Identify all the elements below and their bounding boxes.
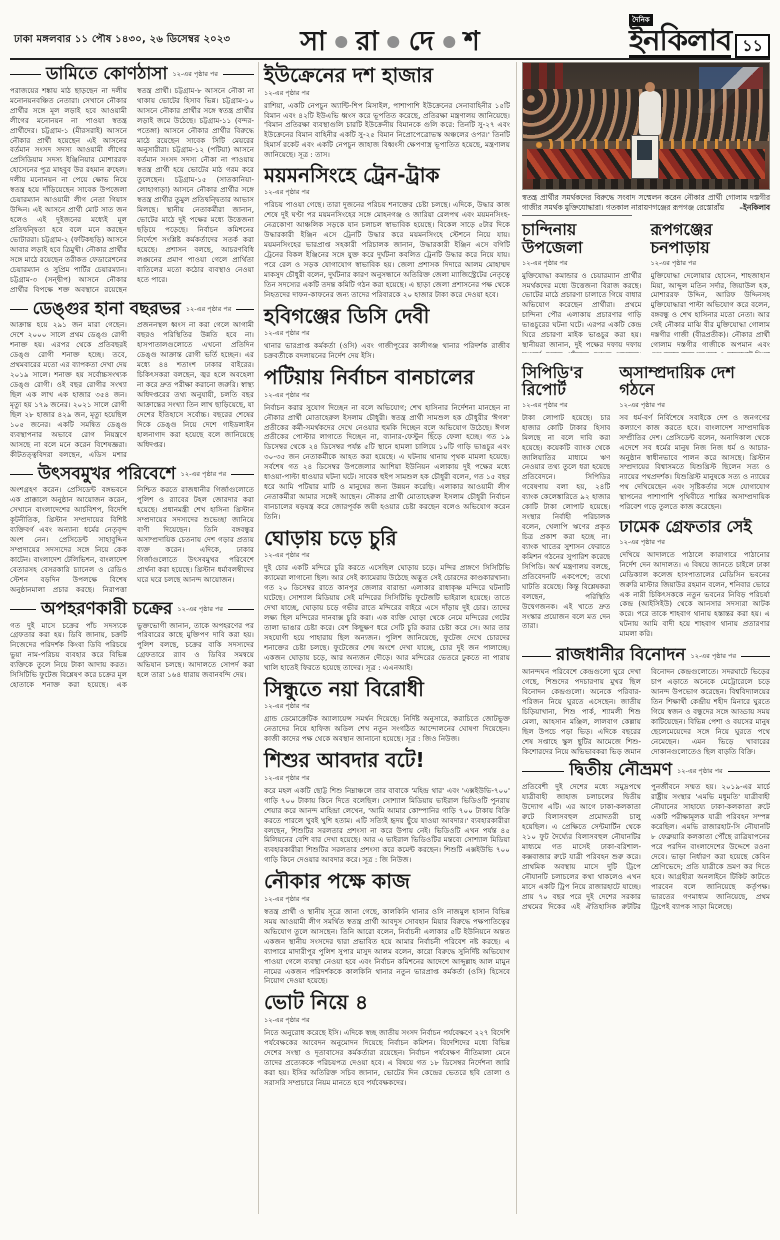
headline-rule bbox=[223, 74, 254, 75]
right-article-stack: অসাম্প্রদায়িক দেশ গঠনে ১২-এর পৃষ্ঠার পর… bbox=[619, 362, 770, 646]
article-headline: ঘোড়ায় চড়ে চুরি bbox=[264, 528, 510, 550]
logo-name: ইনকিলাব bbox=[629, 27, 731, 58]
photo-caption: স্বতন্ত্র প্রার্থীর সমর্থকদের বিরুদ্ধে স… bbox=[522, 193, 770, 213]
article-body: গ্রান্ড ডেমোক্রেটিক অ্যালায়েন্স সমর্থন … bbox=[264, 714, 510, 744]
continuation-note: ১২-এর পৃষ্ঠার পর bbox=[264, 701, 510, 712]
logo-block: দৈনিক ইনকিলাব bbox=[629, 14, 731, 58]
article: দ্বিতীয় নৌভ্রমণ ১২-এর পৃষ্ঠার পর প্রতিব… bbox=[522, 762, 770, 911]
article: সিন্ধুতে নয়া বিরোধী ১২-এর পৃষ্ঠার পর গ্… bbox=[264, 679, 510, 744]
article-body: প্রতিবেশী দুই দেশের মধ্যে সমুদ্রপথে যাত্… bbox=[522, 782, 770, 911]
article-headline-row: অপহরণকারী চক্রের ১২-এর পৃষ্ঠার পর bbox=[10, 601, 254, 619]
article-headline-row: ডামিতে কোণঠাসা ১২-এর পৃষ্ঠার পর bbox=[10, 66, 254, 84]
section-letter: শ bbox=[464, 28, 480, 55]
photo-speaker bbox=[639, 91, 661, 135]
headline-rule bbox=[741, 656, 770, 657]
article-headline: রূপগঞ্জের চনপাড়ায় bbox=[651, 221, 771, 256]
article-headline: পটিয়ায় নির্বাচন বানচালের bbox=[264, 367, 510, 389]
article-headline: ডামিতে কোণঠাসা bbox=[46, 66, 167, 84]
article: ডেঙ্গুর হানা বছরভর ১২-এর পৃষ্ঠার পর আক্র… bbox=[10, 301, 254, 460]
article-body: দুই চোর একটি মন্দিরে চুরি করতে এসেছিল ঘো… bbox=[264, 563, 510, 672]
article: নৌকার পক্ষে কাজ ১২-এর পৃষ্ঠার পর স্বতন্ত… bbox=[264, 871, 510, 986]
news-photo bbox=[522, 62, 770, 190]
right-column: স্বতন্ত্র প্রার্থীর সমর্থকদের বিরুদ্ধে স… bbox=[522, 62, 770, 918]
continuation-note: ১২-এর পৃষ্ঠার পর bbox=[186, 304, 232, 315]
headline-rule bbox=[728, 771, 770, 772]
continuation-note: ১২-এর পৃষ্ঠার পর bbox=[181, 469, 227, 480]
article: ঢামেক গ্রেফতার সেই ১২-এর পৃষ্ঠার পর দেখি… bbox=[619, 518, 770, 639]
section-letter: সা bbox=[300, 28, 326, 55]
continuation-note: ১২-এর পৃষ্ঠার পর bbox=[522, 400, 610, 411]
article-body: পরাজয়ের শঙ্কায় মাঠ ছাড়ছেন না দলীয় মন… bbox=[10, 86, 254, 295]
photo-poster bbox=[631, 135, 659, 179]
continuation-note: ১২-এর পৃষ্ঠার পর bbox=[619, 537, 770, 548]
article-headline: নৌকার পক্ষে কাজ bbox=[264, 871, 510, 893]
continuation-note: ১২-এর পৃষ্ঠার পর bbox=[264, 773, 510, 784]
continuation-note: ১২-এর পৃষ্ঠার পর bbox=[264, 390, 510, 401]
headline-rule bbox=[10, 309, 28, 310]
right-row-articles: চান্দিনায় উপজেলা ১২-এর পৃষ্ঠার পর মুক্ত… bbox=[522, 219, 770, 358]
article: ঘোড়ায় চড়ে চুরি ১২-এর পৃষ্ঠার পর দুই চ… bbox=[264, 528, 510, 673]
article-headline: ভোট নিয়ে ৪ bbox=[264, 992, 510, 1014]
article-body: স্বতন্ত্র প্রার্থী ও স্থানীয় সূত্রে জান… bbox=[264, 907, 510, 987]
article: রাজধানীর বিনোদন ১২-এর পৃষ্ঠার পর আনন্দঘন… bbox=[522, 647, 770, 756]
article: ময়মনসিংহে ট্রেন-ট্রাক ১২-এর পৃষ্ঠার পর … bbox=[264, 165, 510, 300]
article-headline: দ্বিতীয় নৌভ্রমণ bbox=[569, 762, 672, 780]
continuation-note: ১২-এর পৃষ্ঠার পর bbox=[264, 187, 510, 198]
article: সিপিডি'র রিপোর্ট ১২-এর পৃষ্ঠার পর টাকা ল… bbox=[522, 362, 610, 646]
article-headline: শিশুর আবদার বটে! bbox=[264, 750, 510, 772]
article-headline-row: রাজধানীর বিনোদন ১২-এর পৃষ্ঠার পর bbox=[522, 647, 770, 665]
article: ডামিতে কোণঠাসা ১২-এর পৃষ্ঠার পর পরাজয়ের… bbox=[10, 66, 254, 295]
headline-rule bbox=[10, 609, 36, 610]
article-headline: চান্দিনায় উপজেলা bbox=[522, 221, 642, 256]
right-mixed-row: সিপিডি'র রিপোর্ট ১২-এর পৃষ্ঠার পর টাকা ল… bbox=[522, 362, 770, 646]
article-headline: ডেঙ্গুর হানা বছরভর bbox=[33, 301, 181, 319]
dateline: ঢাকা মঙ্গলবার ১১ পৌষ ১৪৩০, ২৬ ডিসেম্বর ২… bbox=[14, 32, 230, 49]
article-headline: ইউক্রেনের দশ হাজার bbox=[264, 65, 510, 87]
column-divider bbox=[258, 62, 259, 1214]
article-headline: রাজধানীর বিনোদন bbox=[556, 647, 686, 665]
article: উৎসবমুখর পরিবেশে ১২-এর পৃষ্ঠার পর অংশগ্র… bbox=[10, 466, 254, 595]
continuation-note: ১২-এর পৃষ্ঠার পর bbox=[264, 328, 510, 339]
article-body: আক্রান্ত হয়ে ২৯১ জন মারা গেছেন। দেশে ২০… bbox=[10, 320, 254, 459]
column-divider bbox=[516, 62, 517, 1214]
article-body: করে মহল একটি ছোট্ট শিশু নিম্নাঞ্চলে তার … bbox=[264, 786, 510, 866]
photo-table-legs bbox=[533, 179, 759, 189]
headline-rule bbox=[231, 474, 254, 475]
continuation-note: ১২-এর পৃষ্ঠার পর bbox=[651, 258, 771, 269]
photo-poster-portrait bbox=[637, 140, 652, 160]
article-headline: সিপিডি'র রিপোর্ট bbox=[522, 364, 610, 399]
article-body: থানার ভারপ্রাপ্ত কর্মকর্তা (ওসি) এবং গাজ… bbox=[264, 341, 510, 361]
article: ভোট নিয়ে ৪ ১২-এর পৃষ্ঠার পর নিতে অনুরোধ… bbox=[264, 992, 510, 1087]
newspaper-page: ঢাকা মঙ্গলবার ১১ পৌষ ১৪৩০, ২৬ ডিসেম্বর ২… bbox=[0, 0, 780, 1240]
photo-credit: –ইনকিলাব bbox=[735, 203, 770, 213]
continuation-note: ১২-এর পৃষ্ঠার পর bbox=[522, 258, 642, 269]
left-column: ডামিতে কোণঠাসা ১২-এর পৃষ্ঠার পর পরাজয়ের… bbox=[10, 64, 254, 696]
continuation-note: ১২-এর পৃষ্ঠার পর bbox=[619, 400, 770, 411]
article: অপহরণকারী চক্রের ১২-এর পৃষ্ঠার পর গত দুই… bbox=[10, 601, 254, 690]
headline-rule bbox=[10, 74, 41, 75]
article-headline: অসাম্প্রদায়িক দেশ গঠনে bbox=[619, 364, 770, 399]
newspaper-logo: দৈনিক ইনকিলাব ১১ bbox=[629, 14, 770, 58]
continuation-note: ১২-এর পৃষ্ঠার পর bbox=[264, 88, 510, 99]
article-headline: অপহরণকারী চক্রের bbox=[41, 601, 172, 619]
continuation-note: ১২-এর পৃষ্ঠার পর bbox=[264, 1015, 510, 1026]
article-headline-row: ডেঙ্গুর হানা বছরভর ১২-এর পৃষ্ঠার পর bbox=[10, 301, 254, 319]
article-headline: উৎসবমুখর পরিবেশে bbox=[38, 466, 176, 484]
continuation-note: ১২-এর পৃষ্ঠার পর bbox=[691, 651, 737, 662]
headline-rule bbox=[10, 474, 33, 475]
section-letter: রা bbox=[356, 28, 379, 55]
article-body: পরিচয় পাওয়া গেছে। তারা দুজনের পরিচয় শ… bbox=[264, 200, 510, 299]
article: চান্দিনায় উপজেলা ১২-এর পৃষ্ঠার পর মুক্ত… bbox=[522, 219, 642, 358]
page-number: ১১ bbox=[735, 34, 770, 58]
headline-rule bbox=[236, 309, 254, 310]
headline-rule bbox=[228, 609, 254, 610]
section-title: সা রা দে শ bbox=[300, 28, 479, 55]
article-body: মুক্তিযোদ্ধা কমান্ডার ও চেয়ারম্যান প্রা… bbox=[522, 271, 642, 353]
article-body: নির্বাচন করার সুযোগ দিচ্ছেন না বলে অভিযো… bbox=[264, 403, 510, 522]
article: শিশুর আবদার বটে! ১২-এর পৃষ্ঠার পর করে মহ… bbox=[264, 750, 510, 865]
middle-column: ইউক্রেনের দশ হাজার ১২-এর পৃষ্ঠার পর রাশি… bbox=[264, 62, 510, 1094]
article: রূপগঞ্জের চনপাড়ায় ১২-এর পৃষ্ঠার পর মুক… bbox=[651, 219, 771, 358]
continuation-note: ১২-এর পৃষ্ঠার পর bbox=[264, 550, 510, 561]
article: পটিয়ায় নির্বাচন বানচালের ১২-এর পৃষ্ঠার… bbox=[264, 367, 510, 522]
article-body: দেখিয়ে আদালতে পাঠালে কারাগারে পাঠানোর ন… bbox=[619, 550, 770, 639]
continuation-note: ১২-এর পৃষ্ঠার পর bbox=[264, 894, 510, 905]
section-dot-icon bbox=[443, 36, 455, 48]
article: ইউক্রেনের দশ হাজার ১২-এর পৃষ্ঠার পর রাশি… bbox=[264, 65, 510, 159]
caption-rule bbox=[522, 215, 632, 216]
article-headline: ঢামেক গ্রেফতার সেই bbox=[619, 518, 770, 536]
article-body: গত দুই মাসে চক্রের পাঁচ সদস্যকে গ্রেফতার… bbox=[10, 621, 254, 691]
article: অসাম্প্রদায়িক দেশ গঠনে ১২-এর পৃষ্ঠার পর… bbox=[619, 364, 770, 513]
article-body: টাকা লোপাট হয়েছে। চার হাজার কোটি টাকার … bbox=[522, 413, 610, 632]
article-body: সব ধর্ম-বর্ণ নির্বিশেষে সবাইকে দেশ ও জনগ… bbox=[619, 413, 770, 512]
article-body: আনন্দঘন পরিবেশে কেন্দ্রগুলো ঘুরে দেখা গে… bbox=[522, 667, 770, 756]
continuation-note: ১২-এর পৃষ্ঠার পর bbox=[177, 604, 223, 615]
continuation-note: ১২-এর পৃষ্ঠার পর bbox=[677, 766, 723, 777]
caption-text: স্বতন্ত্র প্রার্থীর সমর্থকদের বিরুদ্ধে স… bbox=[522, 193, 770, 212]
article-body: নিতে অনুরোধ করেছে ইসি। এদিকে স্বচ্ছ জাতী… bbox=[264, 1028, 510, 1088]
page-header: ঢাকা মঙ্গলবার ১১ পৌষ ১৪৩০, ২৬ ডিসেম্বর ২… bbox=[10, 12, 770, 56]
article-body: মুক্তিযোদ্ধা দেলোয়ার হোসেন, শাহজাহান মি… bbox=[651, 271, 771, 353]
headline-rule bbox=[522, 656, 551, 657]
continuation-note: ১২-এর পৃষ্ঠার পর bbox=[172, 69, 218, 80]
section-dot-icon bbox=[388, 36, 400, 48]
article-headline-row: দ্বিতীয় নৌভ্রমণ ১২-এর পৃষ্ঠার পর bbox=[522, 762, 770, 780]
header-rule bbox=[10, 58, 770, 60]
article-body: অংশগ্রহণ করেন। প্রেসিডেন্ট বঙ্গভবনে এক প… bbox=[10, 485, 254, 594]
headline-rule bbox=[522, 771, 564, 772]
article: হবিগঞ্জের ডিসি দেবী ১২-এর পৃষ্ঠার পর থান… bbox=[264, 306, 510, 361]
section-dot-icon bbox=[335, 36, 347, 48]
section-letter: দে bbox=[409, 28, 434, 55]
article-headline: হবিগঞ্জের ডিসি দেবী bbox=[264, 306, 510, 328]
article-headline: ময়মনসিংহে ট্রেন-ট্রাক bbox=[264, 165, 510, 187]
article-headline: সিন্ধুতে নয়া বিরোধী bbox=[264, 679, 510, 701]
article-headline-row: উৎসবমুখর পরিবেশে ১২-এর পৃষ্ঠার পর bbox=[10, 466, 254, 484]
article-body: রাশিয়া, একটি নেপচুন অ্যান্টি-শিপ মিসাইল… bbox=[264, 101, 510, 159]
